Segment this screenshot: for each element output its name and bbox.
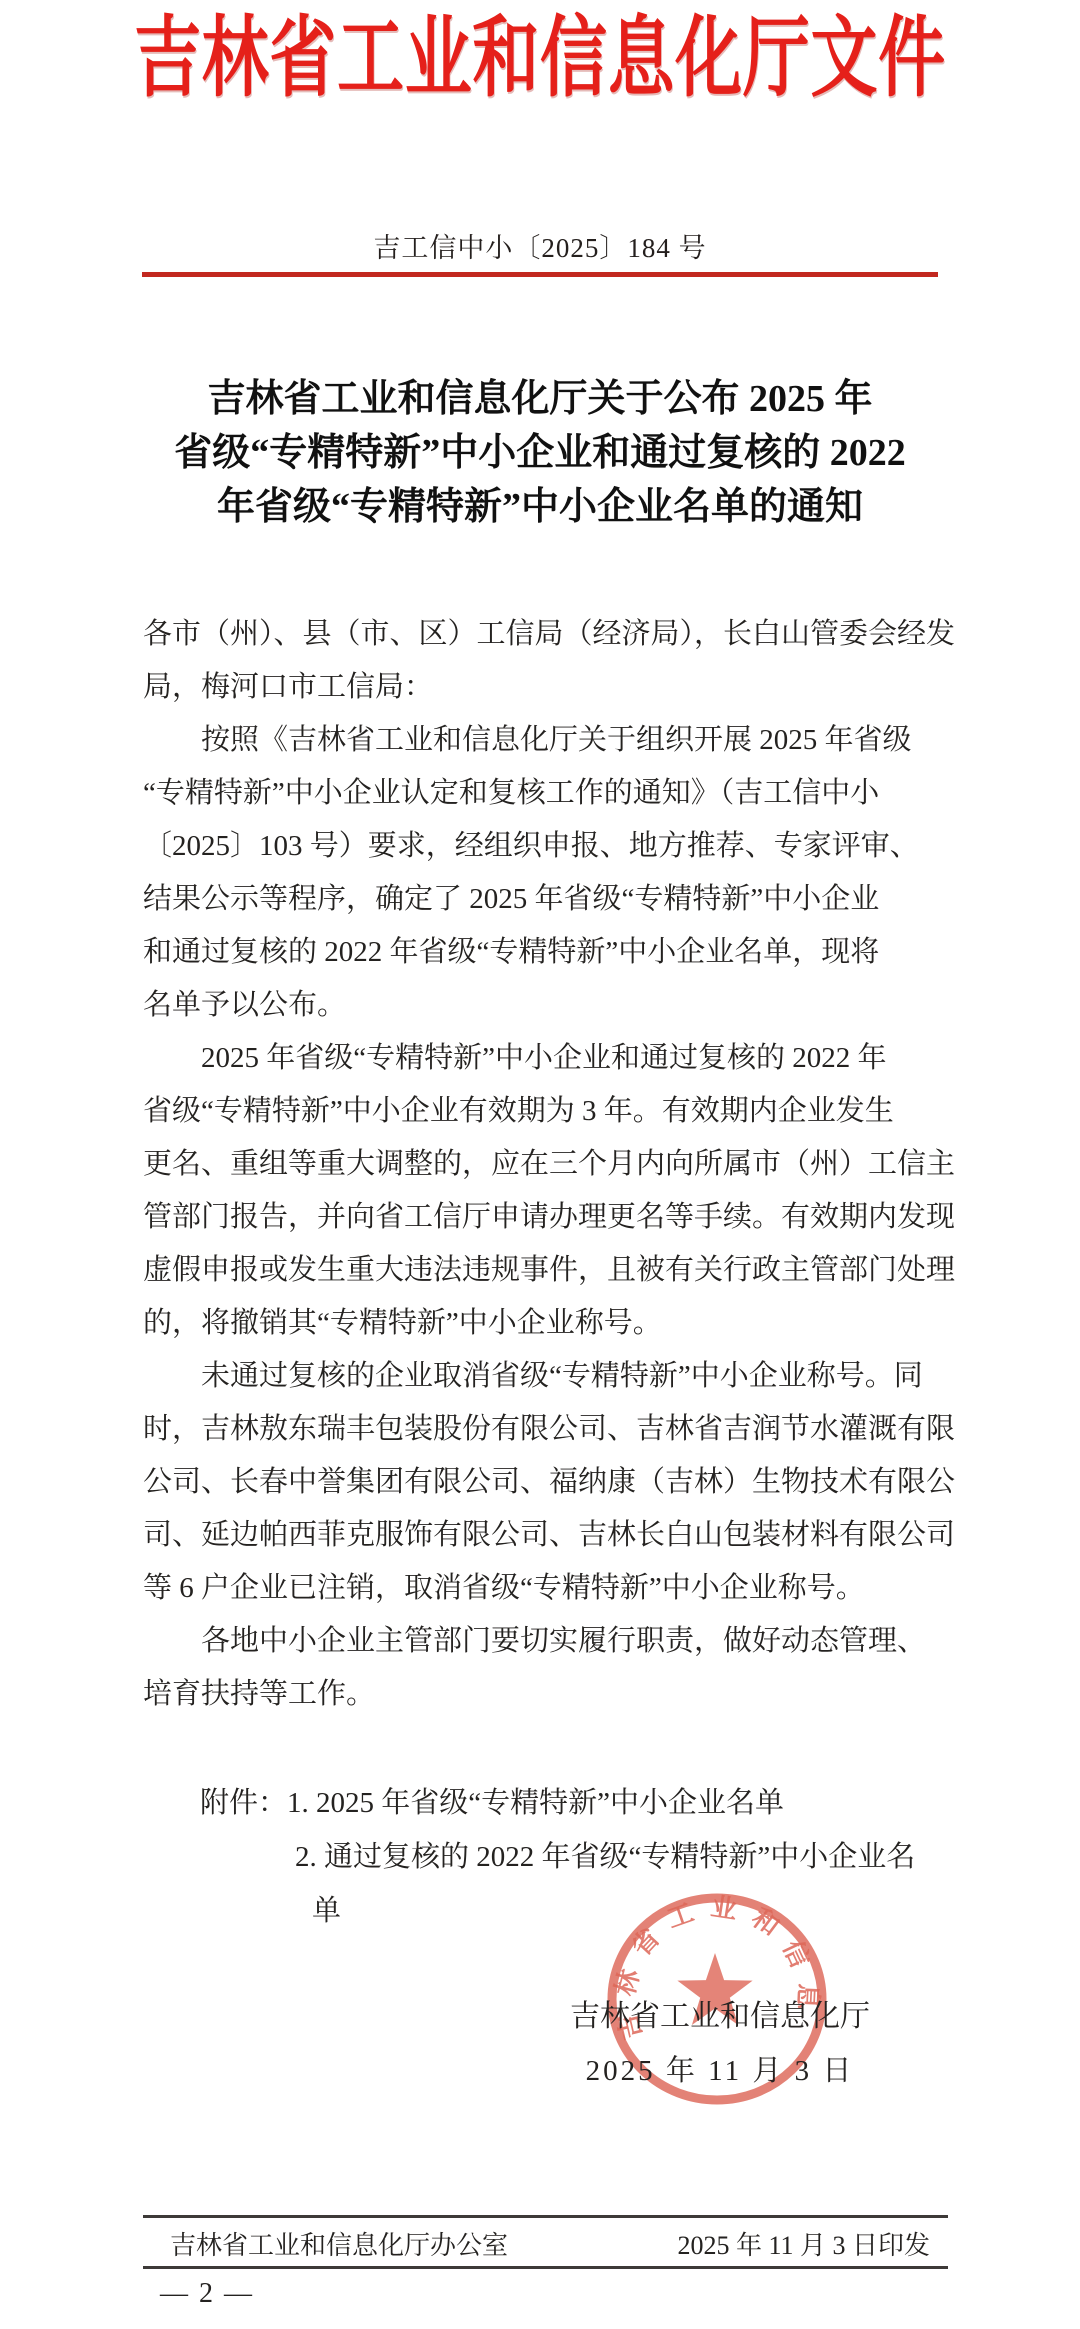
body-line: 按照《吉林省工业和信息化厅关于组织开展 2025 年省级: [143, 714, 943, 767]
footer-top-rule: [143, 2215, 948, 2218]
footer-print-date: 2025 年 11 月 3 日印发: [677, 2225, 930, 2262]
body-line: 公司、长春中誉集团有限公司、福纳康（吉林）生物技术有限公: [143, 1456, 943, 1509]
red-separator-rule: [142, 272, 938, 277]
attachment-item-2-continuation: 单: [200, 1884, 960, 1938]
letterhead-title: 吉林省工业和信息化厅文件: [130, 6, 951, 114]
doc-number: 吉工信中小〔2025〕184 号: [0, 228, 1080, 268]
body-line: 〔2025〕103 号）要求，经组织申报、地方推荐、专家评审、: [143, 820, 943, 873]
footer-office: 吉林省工业和信息化厅办公室: [170, 2225, 508, 2262]
page-number: — 2 —: [160, 2276, 254, 2312]
body-line: 更名、重组等重大调整的，应在三个月内向所属市（州）工信主: [143, 1138, 943, 1191]
body-line: 司、延边帕西菲克服饰有限公司、吉林长白山包装材料有限公司: [143, 1509, 943, 1562]
footer-bottom-rule: [143, 2266, 948, 2269]
body-line: 时，吉林敖东瑞丰包装股份有限公司、吉林省吉润节水灌溉有限: [143, 1403, 943, 1456]
body-line: 培育扶持等工作。: [143, 1668, 943, 1721]
body-line: 的，将撤销其“专精特新”中小企业称号。: [143, 1297, 943, 1350]
body-line: 省级“专精特新”中小企业有效期为 3 年。有效期内企业发生: [143, 1085, 943, 1138]
body-line: 2025 年省级“专精特新”中小企业和通过复核的 2022 年: [143, 1032, 943, 1085]
body-line: 管部门报告，并向省工信厅申请办理更名等手续。有效期内发现: [143, 1191, 943, 1244]
attachment-item-1: 附件：1. 2025 年省级“专精特新”中小企业名单: [200, 1776, 960, 1830]
signature-agency: 吉林省工业和信息化厅: [570, 1995, 870, 2039]
notice-title-line: 年省级“专精特新”中小企业名单的通知: [40, 480, 1040, 534]
notice-title-line: 省级“专精特新”中小企业和通过复核的 2022: [40, 426, 1040, 480]
notice-title: 吉林省工业和信息化厅关于公布 2025 年 省级“专精特新”中小企业和通过复核的…: [40, 372, 1040, 534]
body-line: 名单予以公布。: [143, 979, 943, 1032]
body-line: 未通过复核的企业取消省级“专精特新”中小企业称号。同: [143, 1350, 943, 1403]
body-line: 结果公示等程序，确定了 2025 年省级“专精特新”中小企业: [143, 873, 943, 926]
signature-date: 2025 年 11 月 3 日: [570, 2049, 870, 2093]
body-line: 和通过复核的 2022 年省级“专精特新”中小企业名单，现将: [143, 926, 943, 979]
document-page: { "header": { "letterhead": "吉林省工业和信息化厅文…: [0, 0, 1080, 2329]
body-line: “专精特新”中小企业认定和复核工作的通知》（吉工信中小: [143, 767, 943, 820]
body-text: 各市（州）、县（市、区）工信局（经济局），长白山管委会经发 局，梅河口市工信局：…: [143, 608, 943, 1721]
body-line: 各市（州）、县（市、区）工信局（经济局），长白山管委会经发: [143, 608, 943, 661]
body-line: 等 6 户企业已注销，取消省级“专精特新”中小企业称号。: [143, 1562, 943, 1615]
body-line: 各地中小企业主管部门要切实履行职责，做好动态管理、: [143, 1615, 943, 1668]
notice-title-line: 吉林省工业和信息化厅关于公布 2025 年: [40, 372, 1040, 426]
attachment-item-2: 2. 通过复核的 2022 年省级“专精特新”中小企业名: [200, 1830, 960, 1884]
body-line: 局，梅河口市工信局：: [143, 661, 943, 714]
body-line: 虚假申报或发生重大违法违规事件，且被有关行政主管部门处理: [143, 1244, 943, 1297]
attachments-list: 附件：1. 2025 年省级“专精特新”中小企业名单 2. 通过复核的 2022…: [200, 1776, 960, 1938]
footer-row: 吉林省工业和信息化厅办公室 2025 年 11 月 3 日印发: [170, 2227, 930, 2259]
